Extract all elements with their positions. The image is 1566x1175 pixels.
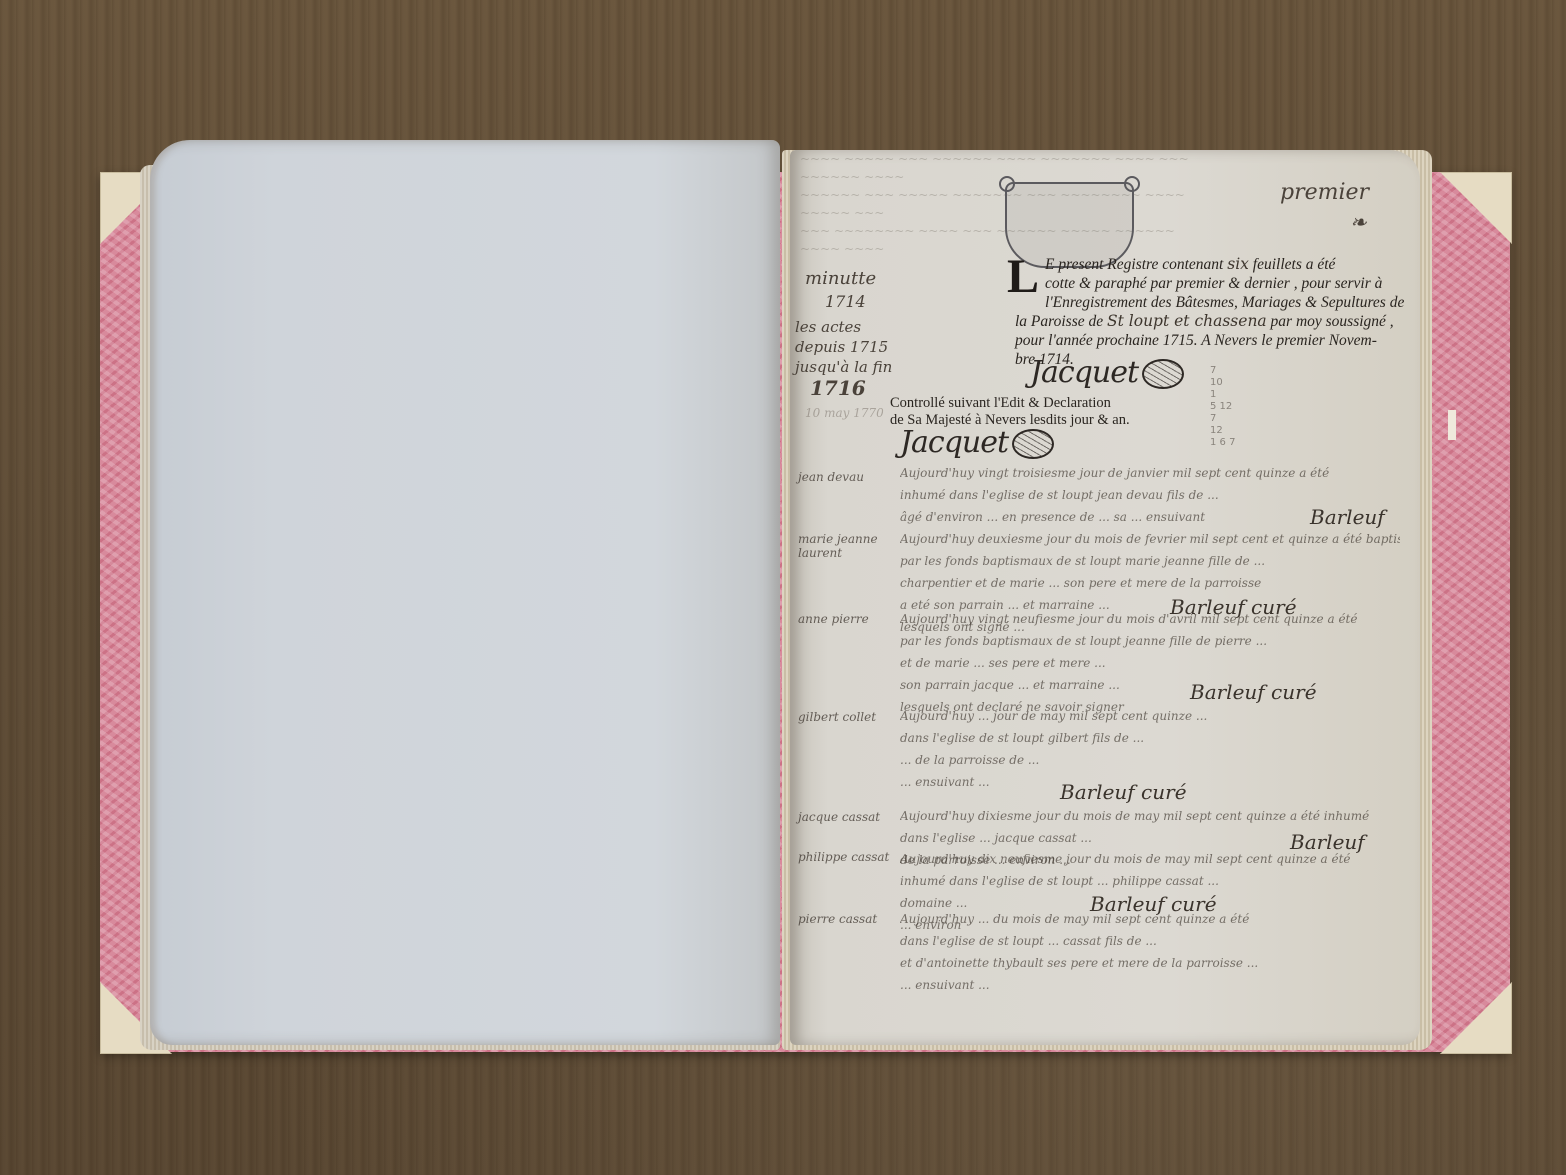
margin-note-year: 1714: [825, 292, 866, 311]
entry-margin-name: philippe cassat: [798, 850, 898, 864]
signature-jacquet-1: Jacquet: [1030, 355, 1184, 390]
entry-margin-name: pierre cassat: [798, 912, 898, 926]
fill-in-count: six: [1227, 255, 1249, 273]
printed-certification: L E present Registre contenant six feuil…: [1015, 255, 1480, 369]
printed-line-1: E present Registre contenant six feuille…: [1015, 255, 1480, 274]
signature-flourish: [1012, 429, 1054, 459]
paraph-flourish: ❧: [1350, 210, 1367, 234]
margin-calculations: 7 10 1 5 12 7 12 1 6 7: [1210, 365, 1235, 449]
header-note: premier: [1280, 180, 1369, 205]
entry-margin-name: jean devau: [798, 470, 898, 484]
entry-margin-name: jacque cassat: [798, 810, 898, 824]
control-stamp-text: Controllé suivant l'Edit & Declaration d…: [890, 395, 1130, 429]
signature-flourish: [1142, 359, 1184, 389]
entry-signature: Barleuf: [1310, 505, 1385, 529]
margin-note-years-1: les actes: [795, 318, 861, 336]
fill-in-parish: St loupt et chassena: [1107, 312, 1267, 330]
entry-signature: Barleuf curé: [1060, 780, 1187, 804]
entry-margin-name: gilbert collet: [798, 710, 898, 724]
register-entry: Aujourd'huy ... du mois de may mil sept …: [900, 908, 1400, 996]
printed-line-5: pour l'année prochaine 1715. A Nevers le…: [1015, 331, 1480, 350]
right-page: ~~~~ ~~~~~ ~~~ ~~~~~~ ~~~~ ~~~~~~~ ~~~~ …: [790, 150, 1420, 1045]
control-line-1: Controllé suivant l'Edit & Declaration: [890, 395, 1130, 412]
register-entry: Aujourd'huy vingt neufiesme jour du mois…: [900, 608, 1400, 718]
bleed-through-text: ~~~~ ~~~~~ ~~~ ~~~~~~ ~~~~ ~~~~~~~ ~~~~ …: [800, 150, 1200, 260]
left-page-blank: [150, 140, 780, 1045]
margin-note-minutte: minutte: [805, 268, 876, 289]
margin-note-small: 10 may 1770: [805, 406, 884, 420]
page-tab-marker: [1448, 410, 1456, 440]
margin-note-years-2: depuis 1715: [795, 338, 888, 356]
entry-margin-name: anne pierre: [798, 612, 898, 626]
printed-line-2: cotte & paraphé par premier & dernier , …: [1015, 274, 1480, 293]
printed-line-4: la Paroisse de St loupt et chassena par …: [1015, 312, 1480, 331]
printed-line-3: l'Enregistrement des Bâtesmes, Mariages …: [1015, 293, 1480, 312]
margin-note-years-3: jusqu'à la fin: [795, 358, 892, 376]
signature-jacquet-2: Jacquet: [900, 425, 1054, 460]
dropcap: L: [1007, 257, 1039, 297]
margin-note-years-4: 1716: [810, 376, 866, 400]
entry-margin-name: marie jeanne laurent: [798, 532, 898, 560]
entry-signature: Barleuf curé: [1190, 680, 1317, 704]
